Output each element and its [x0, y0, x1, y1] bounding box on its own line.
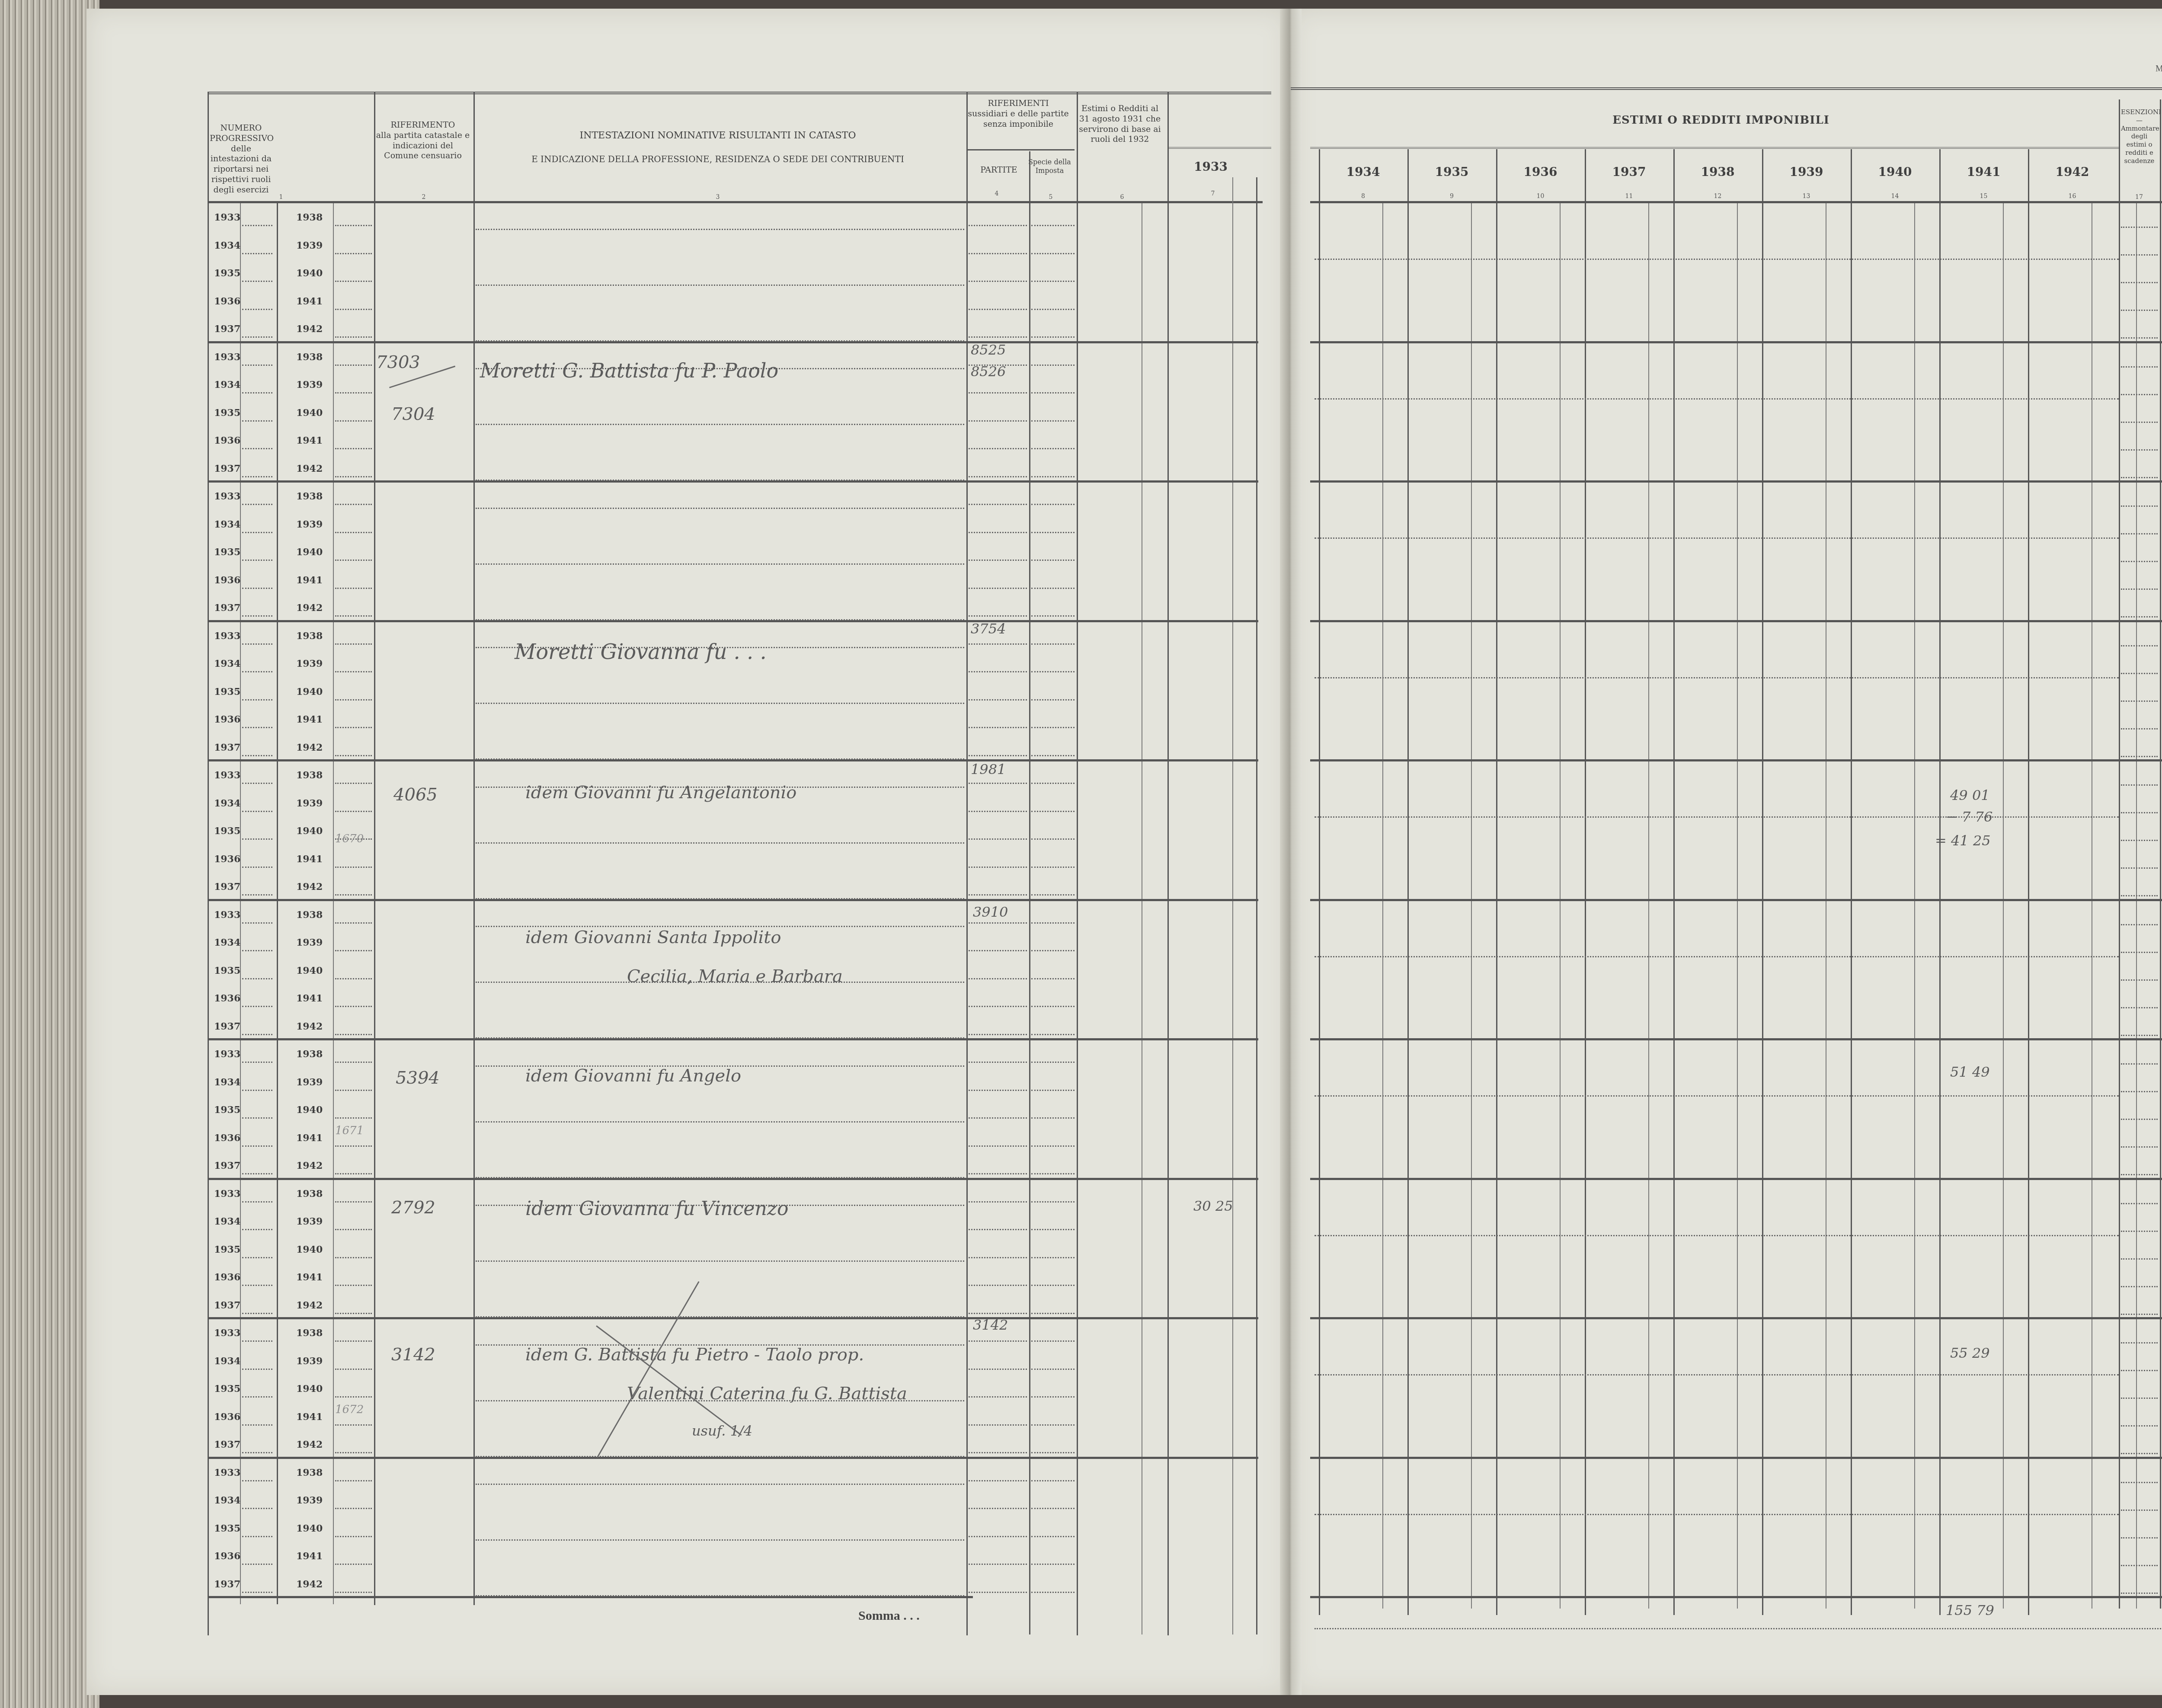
year-label-right: 1940 [296, 686, 323, 697]
estimi-dotted-rule [1314, 677, 2119, 678]
year-label-right: 1938 [296, 770, 323, 781]
esenzioni-dotted-rule [2121, 1203, 2158, 1204]
dotted-rule [969, 1480, 1027, 1481]
header-col1: NUMERO PROGRESSIVO delle intestazioni da… [210, 123, 272, 195]
dotted-rule [969, 1062, 1027, 1063]
dotted-rule [242, 532, 272, 533]
esenzioni-dotted-rule [2121, 1314, 2158, 1315]
book-page-edges-left [0, 0, 99, 1708]
entry-5-1941-value: 49 01 [1950, 787, 1990, 803]
col7-cents-divider [1232, 177, 1233, 1634]
year-label-left: 1935 [214, 825, 240, 837]
dotted-rule [335, 1480, 372, 1481]
dotted-rule [335, 309, 372, 310]
dotted-rule [969, 783, 1027, 784]
esenzioni-dotted-rule [2121, 645, 2158, 646]
year-label-right: 1941 [296, 714, 323, 725]
year-label-right: 1939 [296, 1216, 323, 1227]
year-label-right: 1941 [296, 575, 323, 586]
dotted-rule [1031, 894, 1075, 896]
year-cents-divider [1382, 203, 1383, 1609]
book-gutter [1280, 9, 1302, 1695]
dotted-rule [242, 1369, 272, 1370]
dotted-rule [242, 1592, 272, 1593]
year-label-right: 1938 [296, 491, 323, 502]
dotted-rule [1031, 1173, 1075, 1174]
esenzioni-dotted-rule [2121, 366, 2158, 368]
dotted-rule [969, 1006, 1027, 1007]
col6-col7-divider [1167, 92, 1169, 1635]
entry-6-nome: idem Giovanni Santa Ippolito [525, 928, 781, 947]
header-col2-title: RIFERIMENTO [375, 120, 470, 131]
dotted-rule [335, 950, 372, 951]
dotted-rule [1031, 1090, 1075, 1091]
esenzioni-dotted-rule [2121, 1007, 2158, 1008]
col1-mid-divider [277, 203, 278, 1604]
header-col3-sub: E INDICAZIONE DELLA PROFESSIONE, RESIDEN… [476, 154, 960, 165]
esenzioni-dotted-rule [2121, 979, 2158, 981]
year-label-left: 1937 [214, 602, 240, 614]
dotted-rule [335, 253, 372, 254]
dotted-rule [242, 1313, 272, 1314]
dotted-rule [969, 532, 1027, 533]
name-dotted-rule [476, 1037, 964, 1039]
esenzioni-dotted-rule [2121, 840, 2158, 841]
year-label-left: 1936 [214, 296, 240, 307]
esenzioni-dotted-rule [2121, 1453, 2158, 1454]
year-cents-divider [1560, 203, 1561, 1609]
dotted-rule [242, 643, 272, 645]
year-label-right: 1942 [296, 1021, 323, 1032]
somma-label: Somma . . . [858, 1609, 920, 1623]
esenzioni-dotted-rule [2121, 1146, 2158, 1148]
header-col4-title: PARTITE [966, 165, 1031, 176]
dotted-rule [1031, 1285, 1075, 1286]
header-col5-num: 5 [1046, 194, 1055, 201]
dotted-rule [335, 1090, 372, 1091]
dotted-rule [969, 560, 1027, 561]
estimi-dotted-rule [1314, 1374, 2119, 1375]
year-label-left: 1934 [214, 240, 240, 251]
dotted-rule [1031, 950, 1075, 951]
right-page [1291, 9, 2162, 1695]
dotted-rule [969, 838, 1027, 840]
dotted-rule [1031, 1369, 1075, 1370]
esenzioni-dotted-rule [2121, 561, 2158, 562]
dotted-rule [335, 615, 372, 617]
esenzioni-dotted-rule [2121, 337, 2158, 339]
year-label-left: 1936 [214, 1411, 240, 1423]
name-dotted-rule [476, 1539, 964, 1541]
left-page [86, 9, 1289, 1695]
esenzioni-dotted-rule [2121, 1537, 2158, 1538]
dotted-rule [335, 532, 372, 533]
dotted-rule [969, 588, 1027, 589]
header-year-1936: 1936 [1496, 164, 1585, 179]
header-col17-dash: — [2121, 116, 2158, 125]
dotted-rule [335, 1145, 372, 1147]
name-dotted-rule [476, 1456, 964, 1457]
name-dotted-rule [476, 703, 964, 704]
name-dotted-rule [476, 424, 964, 425]
year-column-divider [1407, 149, 1409, 1615]
year-label-right: 1942 [296, 1160, 323, 1171]
esenzioni-dotted-rule [2121, 952, 2158, 953]
header-col17-num: 17 [2135, 194, 2143, 201]
year-label-right: 1939 [296, 1495, 323, 1506]
dotted-rule [242, 281, 272, 282]
year-cents-divider [2092, 203, 2092, 1609]
esenzioni-dotted-rule [2121, 1258, 2158, 1260]
dotted-rule [335, 671, 372, 672]
esenzioni-dotted-rule [2121, 477, 2158, 478]
dotted-rule [1031, 420, 1075, 422]
name-dotted-rule [476, 1595, 964, 1596]
year-label-right: 1938 [296, 909, 323, 921]
dotted-rule [1031, 922, 1075, 924]
name-dotted-rule [476, 898, 964, 899]
dotted-rule [969, 811, 1027, 812]
year-label-right: 1942 [296, 1439, 323, 1450]
dotted-rule [1031, 1592, 1075, 1593]
year-label-right: 1939 [296, 1077, 323, 1088]
entry-4-partite: 3754 [971, 621, 1006, 637]
dotted-rule [242, 1508, 272, 1509]
dotted-rule [242, 699, 272, 700]
dotted-rule [335, 978, 372, 979]
year-column-divider [2028, 149, 2029, 1615]
dotted-rule [1031, 1536, 1075, 1537]
name-dotted-rule [476, 340, 964, 342]
header-year-1935: 1935 [1407, 164, 1496, 179]
entry-9-1941-value: 55 29 [1950, 1345, 1990, 1361]
dotted-rule [969, 671, 1027, 672]
header-year-colnum: 8 [1359, 193, 1368, 200]
header-col17: ESENZIONI — Ammontare degli estimi o red… [2121, 108, 2158, 165]
dotted-rule [242, 309, 272, 310]
dotted-rule [335, 1034, 372, 1035]
year-label-left: 1934 [214, 1356, 240, 1367]
year-label-right: 1942 [296, 323, 323, 335]
dotted-rule [242, 1229, 272, 1230]
dotted-rule [1031, 1480, 1075, 1481]
dotted-rule [242, 978, 272, 979]
col2-col3-divider [473, 92, 475, 1605]
year-label-left: 1933 [214, 1049, 240, 1060]
header-col2-num: 2 [419, 194, 428, 201]
header-col7-year: 1933 [1167, 159, 1254, 174]
esenzioni-dotted-rule [2121, 533, 2158, 534]
year-label-left: 1936 [214, 1551, 240, 1562]
block-separator [1310, 480, 2162, 483]
block-separator [1310, 1317, 2162, 1319]
dotted-rule [969, 1396, 1027, 1398]
dotted-rule [335, 588, 372, 589]
dotted-rule [242, 922, 272, 924]
year-label-left: 1934 [214, 1077, 240, 1088]
year-label-left: 1935 [214, 1523, 240, 1534]
header-year-1940: 1940 [1851, 164, 1939, 179]
left-header-bottom-rule [208, 201, 1263, 203]
name-dotted-rule [476, 1484, 964, 1485]
dotted-rule [969, 894, 1027, 896]
esenzioni-dotted-rule [2121, 589, 2158, 590]
right-table-top-border [1291, 87, 2162, 90]
dotted-rule [969, 504, 1027, 505]
dotted-rule [242, 336, 272, 338]
dotted-rule [242, 755, 272, 756]
entry-2-nome: Moretti G. Battista fu P. Paolo [480, 359, 778, 382]
year-cents-divider [1826, 203, 1826, 1609]
dotted-rule [969, 950, 1027, 951]
header-col45-sub: sussidiari e delle partite senza imponib… [964, 109, 1072, 130]
year-label-left: 1935 [214, 407, 240, 419]
dotted-rule [242, 1564, 272, 1565]
entry-2-riferimento: 7303 [376, 352, 420, 372]
dotted-rule [242, 1090, 272, 1091]
dotted-rule [1031, 392, 1075, 393]
year-label-left: 1933 [214, 1327, 240, 1339]
entry-9-partite: 3142 [973, 1317, 1008, 1333]
year-label-left: 1936 [214, 854, 240, 865]
year-label-left: 1935 [214, 547, 240, 558]
esenzioni-dotted-rule [2121, 1510, 2158, 1511]
year-label-right: 1941 [296, 854, 323, 865]
estimi-dotted-rule [1314, 1514, 2119, 1515]
year-label-left: 1933 [214, 630, 240, 642]
dotted-rule [1031, 1452, 1075, 1453]
esenzioni-dotted-rule [2121, 924, 2158, 925]
header-year-colnum: 13 [1802, 193, 1811, 200]
year-label-left: 1935 [214, 268, 240, 279]
name-dotted-rule [476, 619, 964, 621]
year-column-divider [1319, 149, 1320, 1615]
esenzioni-dotted-rule [2121, 784, 2158, 786]
year-label-right: 1942 [296, 1300, 323, 1311]
year-label-left: 1937 [214, 1439, 240, 1450]
header-year-colnum: 11 [1625, 193, 1634, 200]
dotted-rule [969, 1340, 1027, 1342]
dotted-rule [335, 867, 372, 868]
estimi-dotted-rule [1314, 259, 2119, 260]
dotted-rule [969, 1034, 1027, 1035]
entry-6-nome-2: Cecilia, Maria e Barbara [627, 966, 843, 986]
year-label-left: 1937 [214, 881, 240, 892]
dotted-rule [969, 1145, 1027, 1147]
year-label-right: 1939 [296, 519, 323, 530]
dotted-rule [335, 281, 372, 282]
year-label-left: 1934 [214, 379, 240, 390]
block-separator [1310, 899, 2162, 901]
dotted-rule [969, 867, 1027, 868]
header-col7-num: 7 [1209, 190, 1217, 197]
dotted-rule [1031, 1229, 1075, 1230]
dotted-rule [242, 1536, 272, 1537]
dotted-rule [969, 309, 1027, 310]
col5-col6-divider [1077, 92, 1078, 1635]
year-label-right: 1940 [296, 1523, 323, 1534]
dotted-rule [242, 950, 272, 951]
entry-6-partite: 3910 [973, 904, 1008, 920]
dotted-rule [335, 727, 372, 728]
esenzioni-dotted-rule [2121, 1091, 2158, 1092]
dotted-rule [242, 1424, 272, 1426]
dotted-rule [242, 783, 272, 784]
esenzioni-dotted-rule [2121, 282, 2158, 283]
year-label-right: 1942 [296, 742, 323, 753]
dotted-rule [335, 922, 372, 924]
year-label-left: 1936 [214, 1132, 240, 1144]
dotted-rule [242, 1340, 272, 1342]
form-code: Mod. 111 - Imposte Dirette (Intercalare)… [2156, 64, 2162, 74]
entry-7-nome: idem Giovanni fu Angelo [525, 1066, 741, 1086]
col7-right-border [1256, 177, 1257, 1634]
dotted-rule [969, 699, 1027, 700]
dotted-rule [969, 755, 1027, 756]
year-cents-divider [1648, 203, 1649, 1609]
year-label-left: 1934 [214, 798, 240, 809]
dotted-rule [969, 615, 1027, 617]
year-label-left: 1937 [214, 1160, 240, 1171]
estimi-dotted-rule [1314, 398, 2119, 400]
name-dotted-rule [476, 842, 964, 844]
dotted-rule [242, 392, 272, 393]
esenzioni-dotted-rule [2121, 895, 2158, 896]
dotted-rule [1031, 978, 1075, 979]
name-dotted-rule [476, 1177, 964, 1178]
dotted-rule [1031, 783, 1075, 784]
year-label-right: 1942 [296, 881, 323, 892]
year-label-right: 1938 [296, 352, 323, 363]
dotted-rule [335, 336, 372, 338]
year-label-left: 1933 [214, 1188, 240, 1199]
year-column-divider [1762, 149, 1763, 1615]
dotted-rule [1031, 811, 1075, 812]
dotted-rule [969, 225, 1027, 226]
estimi-dotted-rule [1314, 1095, 2119, 1097]
left-table-top-border [208, 92, 1271, 94]
entry-8-estimo-1933: 30 25 [1193, 1198, 1233, 1214]
col3-col4-divider [966, 92, 968, 1635]
dotted-rule [335, 560, 372, 561]
esenzioni-dotted-rule [2121, 310, 2158, 311]
dotted-rule [1031, 1564, 1075, 1565]
somma-rule [1314, 1628, 2162, 1629]
year-label-left: 1934 [214, 658, 240, 669]
estimi-dotted-rule [1314, 956, 2119, 957]
dotted-rule [242, 1257, 272, 1258]
year-label-right: 1940 [296, 1244, 323, 1255]
year-label-right: 1941 [296, 1272, 323, 1283]
dotted-rule [1031, 588, 1075, 589]
dotted-rule [1031, 755, 1075, 756]
entry-5-1941-result: = 41 25 [1935, 832, 1991, 849]
year-cents-divider [2003, 203, 2004, 1609]
dotted-rule [242, 1062, 272, 1063]
block-separator [1310, 1038, 2162, 1040]
dotted-rule [1031, 560, 1075, 561]
year-label-left: 1934 [214, 1495, 240, 1506]
header-col6-title: Estimi o Redditi al 31 agosto 1931 che s… [1077, 104, 1163, 145]
header-col1-sub: delle intestazioni da riportarsi nei ris… [210, 144, 272, 195]
entry-9-riferimento: 3142 [391, 1345, 435, 1365]
estimi-dotted-rule [1314, 1235, 2119, 1236]
header-col3-num: 3 [713, 194, 722, 201]
dotted-rule [335, 504, 372, 505]
dotted-rule [335, 1229, 372, 1230]
dotted-rule [969, 1369, 1027, 1370]
dotted-rule [335, 1313, 372, 1314]
dotted-rule [1031, 1424, 1075, 1426]
dotted-rule [242, 504, 272, 505]
entry-2-partite: 8525 [971, 342, 1006, 358]
dotted-rule [969, 1564, 1027, 1565]
entry-5-partite: 1981 [971, 761, 1006, 777]
entry-5-1941-subtract: − 7 76 [1946, 809, 1992, 825]
header-1933-top-rule [1167, 147, 1271, 149]
dotted-rule [335, 894, 372, 896]
year-label-right: 1939 [296, 1356, 323, 1367]
header-year-1942: 1942 [2028, 164, 2117, 179]
col4-col5-divider [1029, 151, 1030, 1634]
dotted-rule [969, 253, 1027, 254]
entry-4-nome: Moretti Giovanna fu . . . [515, 640, 767, 664]
dotted-rule [335, 1173, 372, 1174]
right-years-top-rule [1310, 147, 2119, 149]
estimi-dotted-rule [1314, 537, 2119, 539]
year-label-left: 1937 [214, 1579, 240, 1590]
header-col1-title: NUMERO PROGRESSIVO [210, 123, 272, 144]
year-label-left: 1933 [214, 212, 240, 223]
year-column-divider [1673, 149, 1675, 1615]
dotted-rule [242, 225, 272, 226]
dotted-rule [242, 253, 272, 254]
esenzioni-dotted-rule [2121, 700, 2158, 702]
dotted-rule [1031, 671, 1075, 672]
year-cents-divider [1914, 203, 1915, 1609]
dotted-rule [242, 867, 272, 868]
entry-8-nome: idem Giovanna fu Vincenzo [525, 1198, 788, 1220]
dotted-rule [335, 1452, 372, 1453]
year-label-right: 1941 [296, 296, 323, 307]
dotted-rule [1031, 1006, 1075, 1007]
year-label-left: 1936 [214, 714, 240, 725]
block-separator [1310, 620, 2162, 622]
esenzioni-dotted-rule [2121, 616, 2158, 617]
entry-5-nome: idem Giovanni fu Angelantonio [525, 783, 796, 803]
year-label-left: 1933 [214, 352, 240, 363]
dotted-rule [335, 1340, 372, 1342]
dotted-rule [969, 1508, 1027, 1509]
dotted-rule [242, 671, 272, 672]
dotted-rule [1031, 867, 1075, 868]
dotted-rule [335, 643, 372, 645]
col16-col17-divider [2119, 99, 2120, 1609]
dotted-rule [242, 1034, 272, 1035]
dotted-rule [969, 727, 1027, 728]
dotted-rule [1031, 309, 1075, 310]
dotted-rule [242, 448, 272, 449]
dotted-rule [335, 225, 372, 226]
header-col6-num: 6 [1118, 194, 1126, 201]
dotted-rule [242, 1117, 272, 1119]
header-year-1937: 1937 [1585, 164, 1673, 179]
esenzioni-dotted-rule [2121, 1063, 2158, 1065]
year-label-left: 1936 [214, 993, 240, 1004]
esenzioni-dotted-rule [2121, 449, 2158, 451]
year-label-left: 1937 [214, 1021, 240, 1032]
dotted-rule [1031, 643, 1075, 645]
